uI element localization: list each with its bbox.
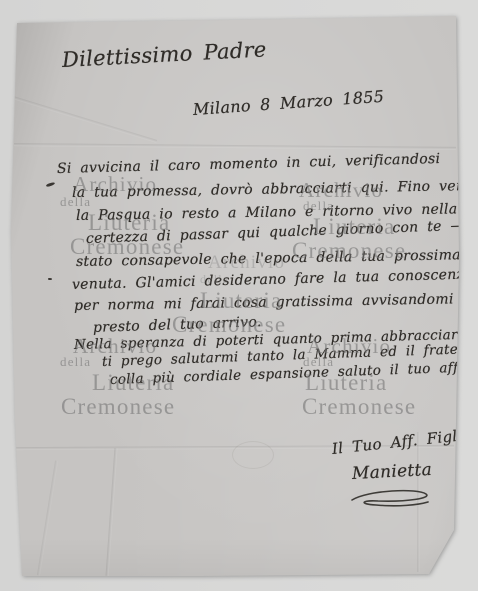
watermark-word: della (303, 198, 334, 214)
dateline: Milano 8 Marzo 1855 (192, 87, 384, 119)
ink-speck (46, 182, 55, 188)
signature-flourish (348, 488, 438, 508)
watermark-word: Cremonese (292, 238, 406, 264)
watermark-word: della (200, 272, 229, 287)
watermark-word: Archivio (208, 252, 285, 274)
signature: Manietta (351, 460, 432, 484)
fold-crease (13, 96, 157, 143)
paper-wrap: Dilettissimo Padre Milano 8 Marzo 1855 S… (0, 0, 478, 591)
watermark-word: Liuteria (305, 370, 387, 396)
watermark-word: Cremonese (70, 234, 184, 260)
folded-corner (429, 526, 458, 576)
watermark-word: Cremonese (302, 394, 416, 420)
ink-speck (48, 278, 52, 280)
watermark-word: Liuteria (88, 210, 170, 236)
paper-blemish (232, 441, 274, 469)
photograph-background: Dilettissimo Padre Milano 8 Marzo 1855 S… (0, 0, 478, 591)
watermark-word: Cremonese (172, 312, 286, 338)
watermark-word: della (60, 354, 91, 370)
closing-line: Il Tuo Aff. Figl. (331, 426, 463, 458)
watermark-word: della (60, 194, 91, 210)
watermark-word: della (303, 354, 334, 370)
fold-crease (37, 460, 58, 575)
watermark-word: Liuteria (200, 288, 282, 314)
fold-crease (14, 143, 456, 150)
watermark-word: Liuteria (313, 214, 395, 240)
letter-paper: Dilettissimo Padre Milano 8 Marzo 1855 S… (0, 0, 478, 591)
fold-crease (106, 448, 118, 576)
watermark-word: Liuteria (92, 370, 174, 396)
watermark-word: Cremonese (61, 394, 175, 420)
salutation: Dilettissimo Padre (61, 37, 267, 72)
